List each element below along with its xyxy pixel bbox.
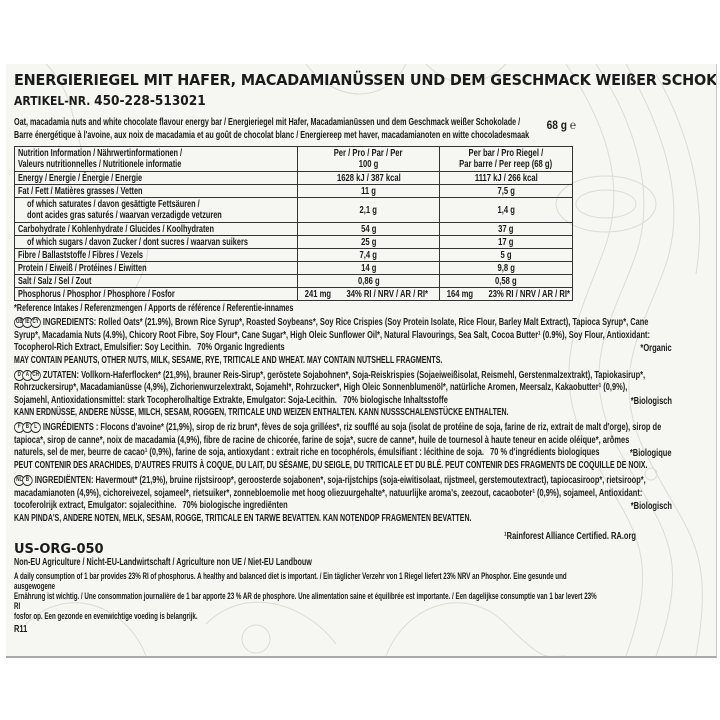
allergen-warning: KAN PINDA'S, ANDERE NOTEN, MELK, SESAM, … — [14, 513, 630, 525]
net-weight: 68 g ℮ — [547, 118, 576, 133]
organic-percentage: 70% biologische Inhaltsstoffe — [343, 395, 448, 406]
article-number: ARTIKEL-NR. 450-228-513021 — [14, 93, 635, 109]
product-title: ENERGIERIEGEL MIT HAFER, MACADAMIANÜSSEN… — [14, 70, 656, 90]
ingredients-de: DACH ZUTATEN: Vollkorn-Haferflocken* (21… — [14, 370, 704, 420]
allergen-warning: KANN ERDNÜSSE, ANDERE NÜSSE, MILCH, SESA… — [14, 407, 630, 419]
ingredients-heading: ZUTATEN: — [43, 370, 79, 381]
ingredients-list: Vollkorn-Haferflocken* (21,9%), brauner … — [14, 370, 645, 406]
country-codes-icon: GBIECY — [14, 317, 39, 328]
article-number-value: 450-228-513021 — [94, 93, 206, 109]
nutrition-row: Fat / Fett / Matières grasses / Vetten 1… — [15, 185, 573, 198]
label-content: ENERGIERIEGEL MIT HAFER, MACADAMIANÜSSEN… — [14, 70, 704, 635]
organic-note: *Biologisch — [631, 501, 672, 512]
ingredients-heading: INGREDIËNTEN: — [35, 475, 94, 486]
nutrition-table: Nutrition Information / Nährwertinformat… — [14, 146, 573, 301]
description-line-2: Barre énergétique à l'avoine, aux noix d… — [14, 130, 529, 143]
label-code: R11 — [14, 624, 532, 635]
allergen-warning: PEUT CONTENIR DES ARACHIDES, D'AUTRES FR… — [14, 460, 630, 472]
organic-percentage: 70 % d'ingrédients biologiques — [490, 447, 599, 458]
estimated-sign-icon: ℮ — [570, 118, 576, 132]
organic-percentage: 70% Organic Ingredients — [197, 342, 284, 353]
nutrition-row: Energy / Energie / Énergie / Energie 162… — [15, 172, 573, 185]
product-description: Oat, macadamia nuts and white chocolate … — [14, 117, 704, 145]
organic-note: *Biologique — [630, 448, 672, 459]
ingredients-fr: FBL INGRÉDIENTS : Flocons d'avoine* (21,… — [14, 422, 704, 472]
nutrition-header-per100: Per / Pro / Par / Per 100 g — [298, 147, 440, 172]
product-label: ENERGIERIEGEL MIT HAFER, MACADAMIANÜSSEN… — [6, 64, 717, 658]
reference-intakes-footnote: *Reference Intakes / Referenzmengen / Ap… — [14, 303, 511, 314]
article-number-label: ARTIKEL-NR. — [14, 94, 90, 108]
organic-percentage: 70% biologische ingrediënten — [183, 500, 288, 511]
nutrition-row: Protein / Eiweiß / Protéines / Eiwitten … — [15, 262, 573, 275]
ingredients-en: GBIECY INGREDIENTS: Rolled Oats* (21.9%)… — [14, 317, 704, 367]
organic-certifier-code: US-ORG-050 — [14, 542, 704, 557]
organic-note: *Biologisch — [631, 396, 672, 407]
nutrition-header-perbar: Per bar / Pro Riegel / Par barre / Per r… — [440, 147, 573, 172]
ingredients-list: Rolled Oats* (21.9%), Brown Rice Syrup*,… — [14, 317, 650, 353]
description-line-1: Oat, macadamia nuts and white chocolate … — [14, 117, 529, 130]
ingredients-heading: INGREDIENTS: — [43, 317, 96, 328]
ingredients-heading: INGRÉDIENTS : — [43, 422, 98, 433]
nutrition-row: of which sugars / davon Zucker / dont su… — [15, 236, 573, 249]
nutrition-row-phosphorus: Phosphorus / Phosphor / Phosphore / Fosf… — [15, 288, 573, 301]
agriculture-origin: Non-EU Agriculture / Nicht-EU-Landwirtsc… — [14, 557, 511, 568]
nutrition-row: Salt / Salz / Sel / Zout 0,86 g 0,58 g — [15, 275, 573, 288]
nutrition-row: Carbohydrate / Kohlenhydrate / Glucides … — [15, 223, 573, 236]
allergen-warning: MAY CONTAIN PEANUTS, OTHER NUTS, MILK, S… — [14, 355, 630, 367]
daily-consumption-note: A daily consumption of 1 bar provides 23… — [14, 571, 601, 621]
country-codes-icon: DACH — [14, 370, 39, 381]
ingredients-list: Havermout* (21,9%), bruine rijstsiroop*,… — [14, 475, 646, 511]
nutrition-header-row: Nutrition Information / Nährwertinformat… — [15, 147, 573, 172]
nutrition-header-label: Nutrition Information / Nährwertinformat… — [15, 147, 298, 172]
ingredients-nl: NLB INGREDIËNTEN: Havermout* (21,9%), br… — [14, 475, 704, 525]
organic-note: *Organic — [641, 343, 672, 354]
rainforest-alliance-note: ¹Rainforest Alliance Certified. RA.org — [170, 531, 637, 542]
nutrition-row: Fibre / Ballaststoffe / Fibres / Vezels … — [15, 249, 573, 262]
country-codes-icon: NLB — [14, 475, 30, 486]
nutrition-row: of which saturates / davon gesättigte Fe… — [15, 198, 573, 223]
country-codes-icon: FBL — [14, 422, 39, 433]
